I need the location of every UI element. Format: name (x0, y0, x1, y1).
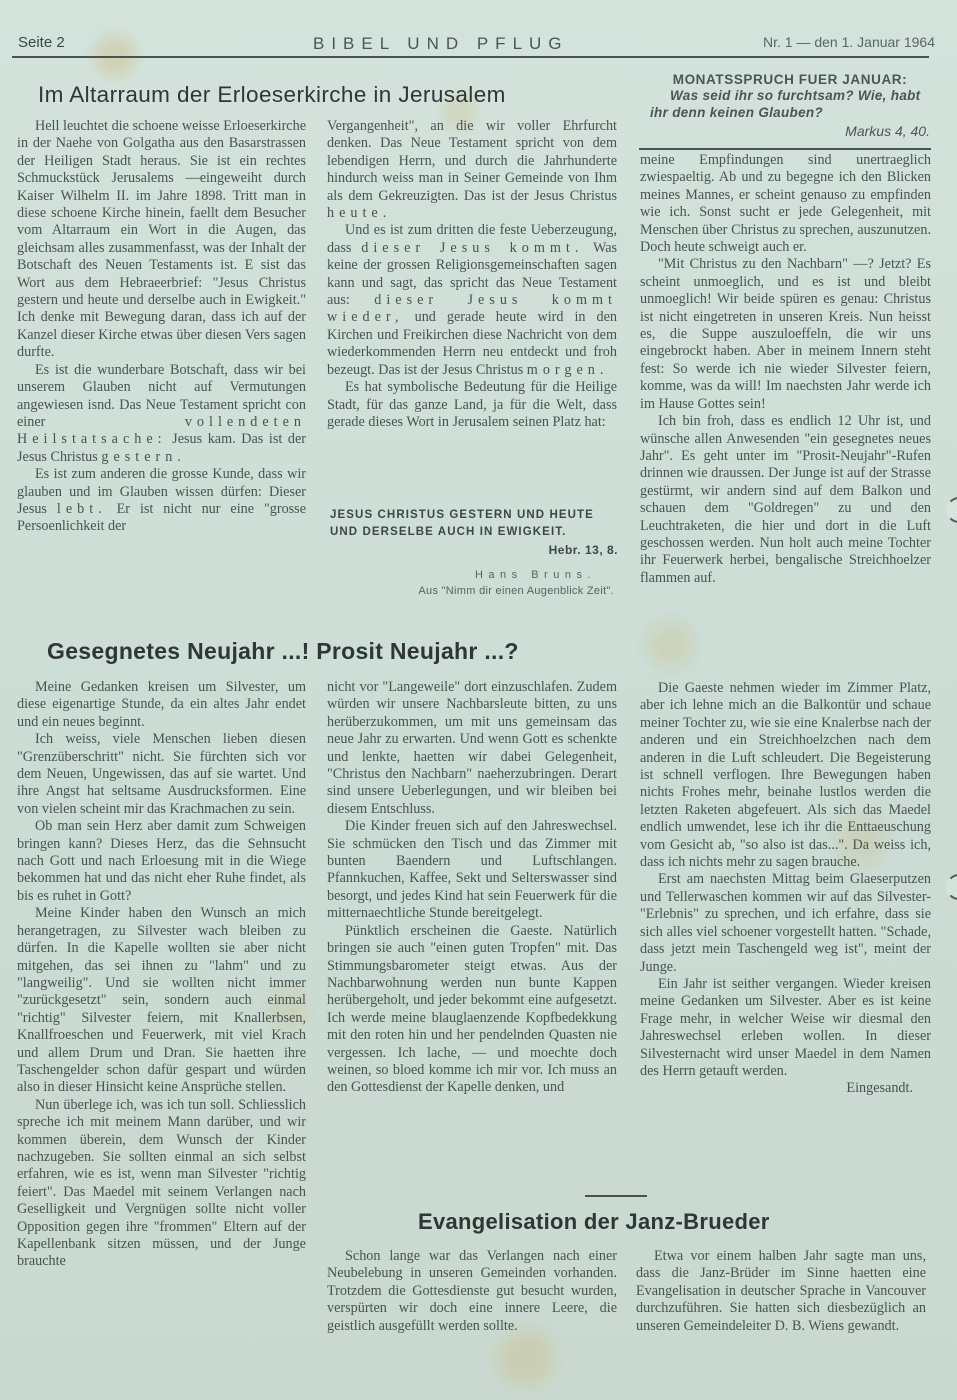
paragraph: Hell leuchtet die schoene weisse Erloese… (17, 118, 306, 362)
paragraph: Erst am naechsten Mittag beim Glaeserput… (640, 871, 931, 975)
paragraph: Die Kinder freuen sich auf den Jahreswec… (327, 818, 617, 922)
article2-column-1: Meine Gedanken kreisen um Silvester, um … (17, 679, 306, 1271)
monthly-verse-rule (639, 148, 931, 150)
article3-headline: Evangelisation der Janz-Brueder (418, 1209, 770, 1235)
scripture-quote: JESUS CHRISTUS GESTERN UND HEUTE UND DER… (330, 507, 618, 559)
masthead-rule (12, 56, 929, 58)
section-divider (585, 1195, 647, 1197)
monthly-verse-title: MONATSSPRUCH FUER JANUAR: (650, 72, 930, 87)
monthly-verse-text: Was seid ihr so furchtsam? Wie, habt ihr… (650, 87, 930, 121)
paragraph: Meine Gedanken kreisen um Silvester, um … (17, 679, 306, 731)
spaced-emphasis: dieser Jesus kommt. (361, 240, 583, 256)
article2-signature: Eingesandt. (640, 1080, 931, 1097)
monthly-verse-box: MONATSSPRUCH FUER JANUAR: Was seid ihr s… (650, 72, 930, 139)
paragraph: Und es ist zum dritten die feste Ueberze… (327, 222, 617, 379)
masthead: Seite 2 BIBEL UND PFLUG Nr. 1 — den 1. J… (18, 30, 935, 54)
page-number: Seite 2 (18, 34, 65, 51)
punch-hole (946, 497, 957, 523)
spaced-emphasis: morgen. (527, 362, 609, 378)
paragraph: Die Gaeste nehmen wieder im Zimmer Platz… (640, 680, 931, 871)
article1-headline: Im Altarraum der Erloeserkirche in Jerus… (38, 82, 506, 108)
article3-column-1: Schon lange war das Verlangen nach einer… (327, 1248, 617, 1335)
paragraph: nicht vor "Langeweile" dort einzuschlafe… (327, 679, 617, 818)
article1-byline: Hans Bruns. Aus "Nimm dir einen Augenbli… (330, 569, 618, 597)
source-note: Aus "Nimm dir einen Augenblick Zeit". (330, 585, 618, 597)
paragraph: Ein Jahr ist seither vergangen. Wieder k… (640, 976, 931, 1080)
paragraph: Nun überlege ich, was ich tun soll. Schl… (17, 1097, 306, 1271)
paragraph: Vergangenheit", an die wir voller Ehrfur… (327, 118, 617, 222)
quote-text: JESUS CHRISTUS GESTERN UND HEUTE UND DER… (330, 507, 618, 541)
article3-column-2: Etwa vor einem halben Jahr sagte man uns… (636, 1248, 926, 1335)
paragraph: Es ist die wunderbare Botschaft, dass wi… (17, 362, 306, 466)
paragraph: Ich weiss, viele Menschen lieben diesen … (17, 731, 306, 818)
issue-date: Nr. 1 — den 1. Januar 1964 (763, 34, 935, 50)
author-name: Hans Bruns. (330, 569, 618, 581)
article1-column-2: Vergangenheit", an die wir voller Ehrfur… (327, 118, 617, 431)
spaced-emphasis: heute. (327, 205, 391, 221)
paragraph: Meine Kinder haben den Wunsch an mich he… (17, 905, 306, 1096)
paragraph: Pünktlich erscheinen die Gaeste. Natürli… (327, 923, 617, 1097)
paragraph: "Mit Christus zu den Nachbarn" —? Jetzt?… (640, 256, 931, 413)
paragraph: meine Empfindungen sind unertraeglich zw… (640, 152, 931, 256)
paragraph: Es hat symbolische Bedeutung für die Hei… (327, 379, 617, 431)
article1-column-1: Hell leuchtet die schoene weisse Erloese… (17, 118, 306, 536)
monthly-verse-reference: Markus 4, 40. (650, 123, 930, 139)
spaced-emphasis: gestern. (101, 449, 186, 465)
spaced-emphasis: lebt. (57, 501, 107, 517)
article2-column-3-top: meine Empfindungen sind unertraeglich zw… (640, 152, 931, 587)
paragraph: Ob man sein Herz aber damit zum Schweige… (17, 818, 306, 905)
article2-column-3: Die Gaeste nehmen wieder im Zimmer Platz… (640, 680, 931, 1098)
newspaper-title: BIBEL UND PFLUG (313, 34, 569, 54)
quote-reference: Hebr. 13, 8. (330, 542, 618, 559)
paragraph: Es ist zum anderen die grosse Kunde, das… (17, 466, 306, 536)
article2-column-2: nicht vor "Langeweile" dort einzuschlafe… (327, 679, 617, 1097)
paragraph: Schon lange war das Verlangen nach einer… (327, 1248, 617, 1335)
paragraph: Ich bin froh, dass es endlich 12 Uhr ist… (640, 413, 931, 587)
article2-headline: Gesegnetes Neujahr ...! Prosit Neujahr .… (47, 638, 519, 665)
paragraph: Etwa vor einem halben Jahr sagte man uns… (636, 1248, 926, 1335)
punch-hole (946, 874, 957, 900)
